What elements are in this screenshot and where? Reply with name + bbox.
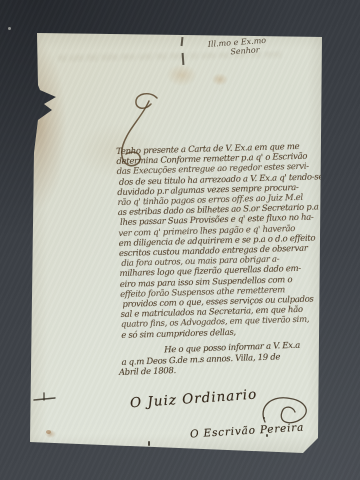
ink-speck [180, 333, 182, 335]
letter-closing: He o que posso informar a V. Ex.aa q.m D… [118, 340, 329, 379]
margin-annotation-mark [32, 391, 58, 405]
ink-speck [148, 441, 150, 446]
letter-body: Tenho presente a Carta de V. Ex.a em que… [116, 141, 331, 341]
ink-speck [263, 417, 265, 419]
signature-juiz: O Juiz Ordinario [130, 387, 258, 412]
salutation: Ill.mo e Ex.mo Senhor [208, 32, 321, 58]
background-speck [8, 27, 11, 30]
stain-speck [46, 430, 51, 434]
letter-paper: ni um mi nim mn uni mi mm ni um mi nm im… [30, 33, 322, 455]
signature-rubric-flourish [260, 394, 320, 430]
ink-speck [266, 434, 268, 437]
photograph-of-letter: ni um mi nim mn uni mi mm ni um mi nm im… [0, 0, 360, 480]
stray-ink-mark [181, 37, 183, 46]
